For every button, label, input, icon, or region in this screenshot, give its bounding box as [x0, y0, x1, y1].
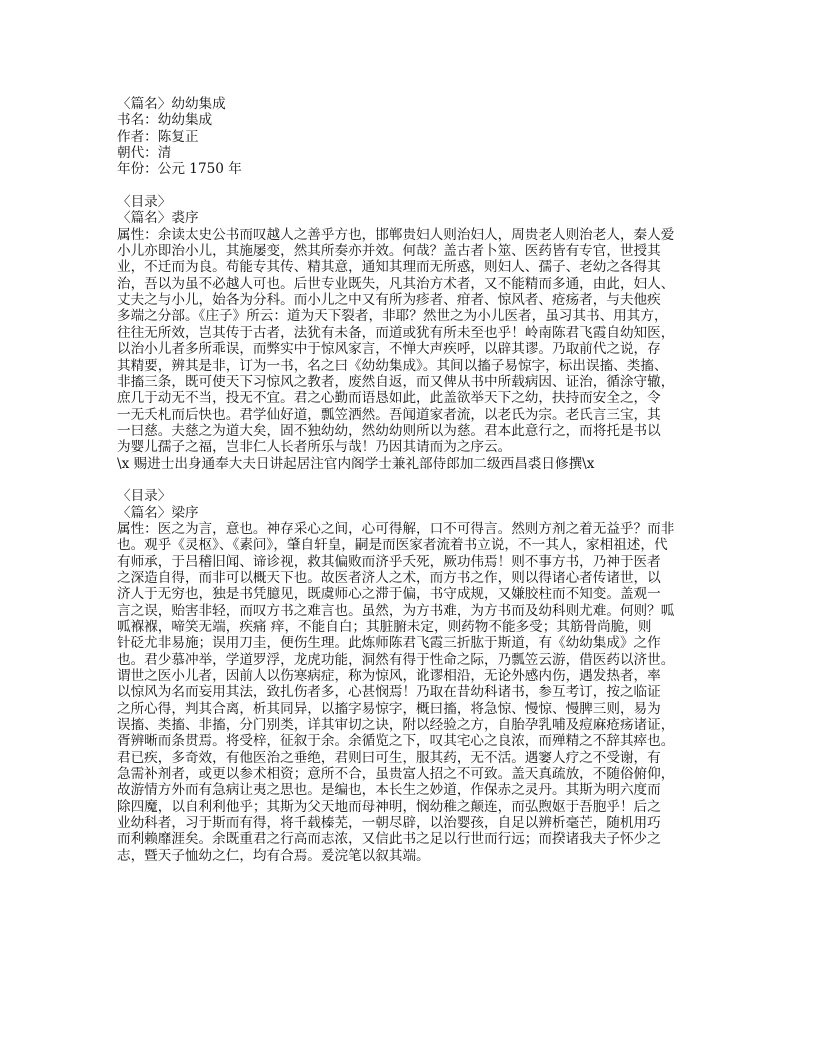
body-line: 有师承，于吕稽旧闻、谛诊视，救其偏败而济乎夭死，厥功伟焉！则不事方书，乃神于医者	[117, 554, 705, 570]
section-title: 〈篇名〉裘序	[117, 210, 717, 226]
body-line: 业，不迁而为良。苟能专其传、精其意，通知其理而无所惑，则妇人、孺子、老幼之各得其	[117, 259, 705, 275]
section-qiu-preface: 〈目录〉 〈篇名〉裘序 属性：余读太史公书而叹越人之善乎方也，邯郸贵妇人则治妇人…	[117, 194, 717, 472]
piece-name-tag: 〈篇名〉幼幼集成	[117, 96, 717, 112]
body-line: 济人于无穷也，独是书凭臆见，既虞师心之滞于偏，书守成规，又嫌胶柱而不知变。盖观一	[117, 586, 705, 602]
body-line: 胥辨晰而条贯焉。将受梓，征叙于余。余循览之下，叹其宅心之良浓，而殚精之不辞其瘁也…	[117, 733, 705, 749]
signature: \x 赐进士出身通奉大夫日讲起居注官内阁学士兼礼部侍郎加二级西昌裘日修撰\x	[117, 456, 717, 472]
body-line: 急需补剂者，或更以参术相资；意所不合，虽贵富人招之不可致。盖天真疏放，不随俗俯仰…	[117, 766, 705, 782]
book-name: 书名：幼幼集成	[117, 112, 717, 128]
body-line: 以治小儿者多所乖误，而弊实中于惊风家言，不惮大声疾呼，以辟其谬。乃取前代之说，存	[117, 341, 705, 357]
body-line: 小儿亦即治小儿，其施屡变，然其所奏亦并效。何哉？盖古者卜筮、医药皆有专官，世授其	[117, 243, 705, 259]
body-line: 除四魔，以自利利他乎；其斯为父天地而母神明，悯幼稚之颠连，而弘煦妪于吾胞乎！后之	[117, 799, 705, 815]
body-line: 为婴儿孺子之福，岂非仁人长者所乐与哉！乃因其请而为之序云。	[117, 439, 705, 455]
section-liang-preface: 〈目录〉 〈篇名〉梁序 属性：医之为言，意也。神存采心之间，心可得解，口不可得言…	[117, 488, 717, 864]
section-title: 〈篇名〉梁序	[117, 505, 717, 521]
body-line: 故游情方外而有急病让夷之思也。是编也，本长生之妙道，作保赤之灵丹。其斯为明六度而	[117, 782, 705, 798]
body-line: 君已疾，多奇效，有他医治之垂绝，君则曰可生，服其药，无不活。遇窭人疗之不受谢，有	[117, 750, 705, 766]
body-line: 非搐三条，既可使天下习惊风之教者，废然自返，而又俾从书中所载病因、证治，循涂守辙…	[117, 374, 705, 390]
body-line: 业幼科者，习于斯而有得，将千载榛芜，一朝尽辟，以治婴孩，自足以辨析毫芒，随机用巧	[117, 815, 705, 831]
section-body: 属性：医之为言，意也。神存采心之间，心可得解，口不可得言。然则方剂之着无益乎？而…	[117, 521, 705, 864]
toc-tag: 〈目录〉	[117, 194, 717, 210]
body-line: 属性：余读太史公书而叹越人之善乎方也，邯郸贵妇人则治妇人，周贵老人则治老人，秦人…	[117, 227, 705, 243]
body-line: 呱褓褓，啼笑无端，疾痛 痒，不能自白；其脏腑未定，则药物不能多受；其筋骨尚脆，则	[117, 619, 705, 635]
author: 作者：陈复正	[117, 129, 717, 145]
body-line: 以惊风为名而妄用其法，致扎伤者多，心甚悯焉！乃取在昔幼科诸书，参互考订，按之临证	[117, 684, 705, 700]
body-line: 言之误，贻害非轻，而叹方书之难言也。虽然，为方书难，为方书而及幼科则尤难。何则？…	[117, 603, 705, 619]
body-line: 也。观乎《灵枢》、《素问》，肇自轩皇，嗣是而医家者流着书立说，不一其人，家相祖述…	[117, 537, 705, 553]
document-page: 〈篇名〉幼幼集成 书名：幼幼集成 作者：陈复正 朝代：清 年份：公元 1750 …	[117, 96, 717, 864]
body-line: 一曰慈。夫慈之为道大矣，固不独幼幼，然幼幼则所以为慈。君本此意行之，而将托是书以	[117, 423, 705, 439]
body-line: 丈夫之与小儿，始各为分科。而小儿之中又有所为疹者、疳者、惊风者、疮疡者，与夫他疾	[117, 292, 705, 308]
body-line: 属性：医之为言，意也。神存采心之间，心可得解，口不可得言。然则方剂之着无益乎？而…	[117, 521, 705, 537]
body-line: 也。君少慕冲举，学道罗浮，龙虎功能，洞然有得于性命之际，乃瓢笠云游，借医药以济世…	[117, 652, 705, 668]
body-line: 针砭尤非易施；误用刀圭，便伤生理。此炼师陈君飞霞三折肱于斯道，有《幼幼集成》之作	[117, 635, 705, 651]
dynasty: 朝代：清	[117, 145, 717, 161]
body-line: 治，吾以为虽不必越人可也。后世专业既失，凡其治方术者，又不能精而多通，由此，妇人…	[117, 276, 705, 292]
body-line: 多端之分部。《庄子》所云：道为天下裂者，非耶？然世之为小儿医者，虽习其书、用其方…	[117, 308, 705, 324]
body-line: 一无夭札而后快也。君学仙好道，瓢笠洒然。吾闻道家者流，以老氏为宗。老氏言三宝，其	[117, 407, 705, 423]
body-line: 其精要，辨其是非，订为一书，名之曰《幼幼集成》。其间以搐子易惊字，标出误搐、类搐…	[117, 358, 705, 374]
body-line: 往往无所效，岂其传于古者，法犹有未备，而道或犹有所未至也乎！岭南陈君飞霞自幼知医…	[117, 325, 705, 341]
section-body: 属性：余读太史公书而叹越人之善乎方也，邯郸贵妇人则治妇人，周贵老人则治老人，秦人…	[117, 227, 705, 456]
body-line: 之深造自得，而非可以概天下也。故医者济人之术，而方书之作，则以得诸心者传诸世，以	[117, 570, 705, 586]
toc-tag: 〈目录〉	[117, 488, 717, 504]
spacer	[117, 472, 717, 488]
body-line: 庶几于动无不当，投无不宜。君之心勤而语恳如此，此盖欲举天下之幼，扶持而安全之，令	[117, 390, 705, 406]
body-line: 谓世之医小儿者，因前人以伤寒病症，称为惊风，讹谬相沿，无论外感内伤，遇发热者，率	[117, 668, 705, 684]
body-line: 误搐、类搐、非搐，分门别类，详其审切之诀，附以经验之方，自胎孕乳哺及痘麻疮疡诸证…	[117, 717, 705, 733]
year: 年份：公元 1750 年	[117, 161, 717, 177]
body-line: 志，暨天子恤幼之仁，均有合焉。爰浣笔以叙其端。	[117, 848, 705, 864]
body-line: 而利赖靡涯矣。余既重君之行高而志浓，又信此书之足以行世而行远；而揆诸我夫子怀少之	[117, 831, 705, 847]
spacer	[117, 178, 717, 194]
body-line: 之所心得，判其合离，析其同异，以搐字易惊字，概曰搐，将急惊、慢惊、慢脾三则，易为	[117, 701, 705, 717]
